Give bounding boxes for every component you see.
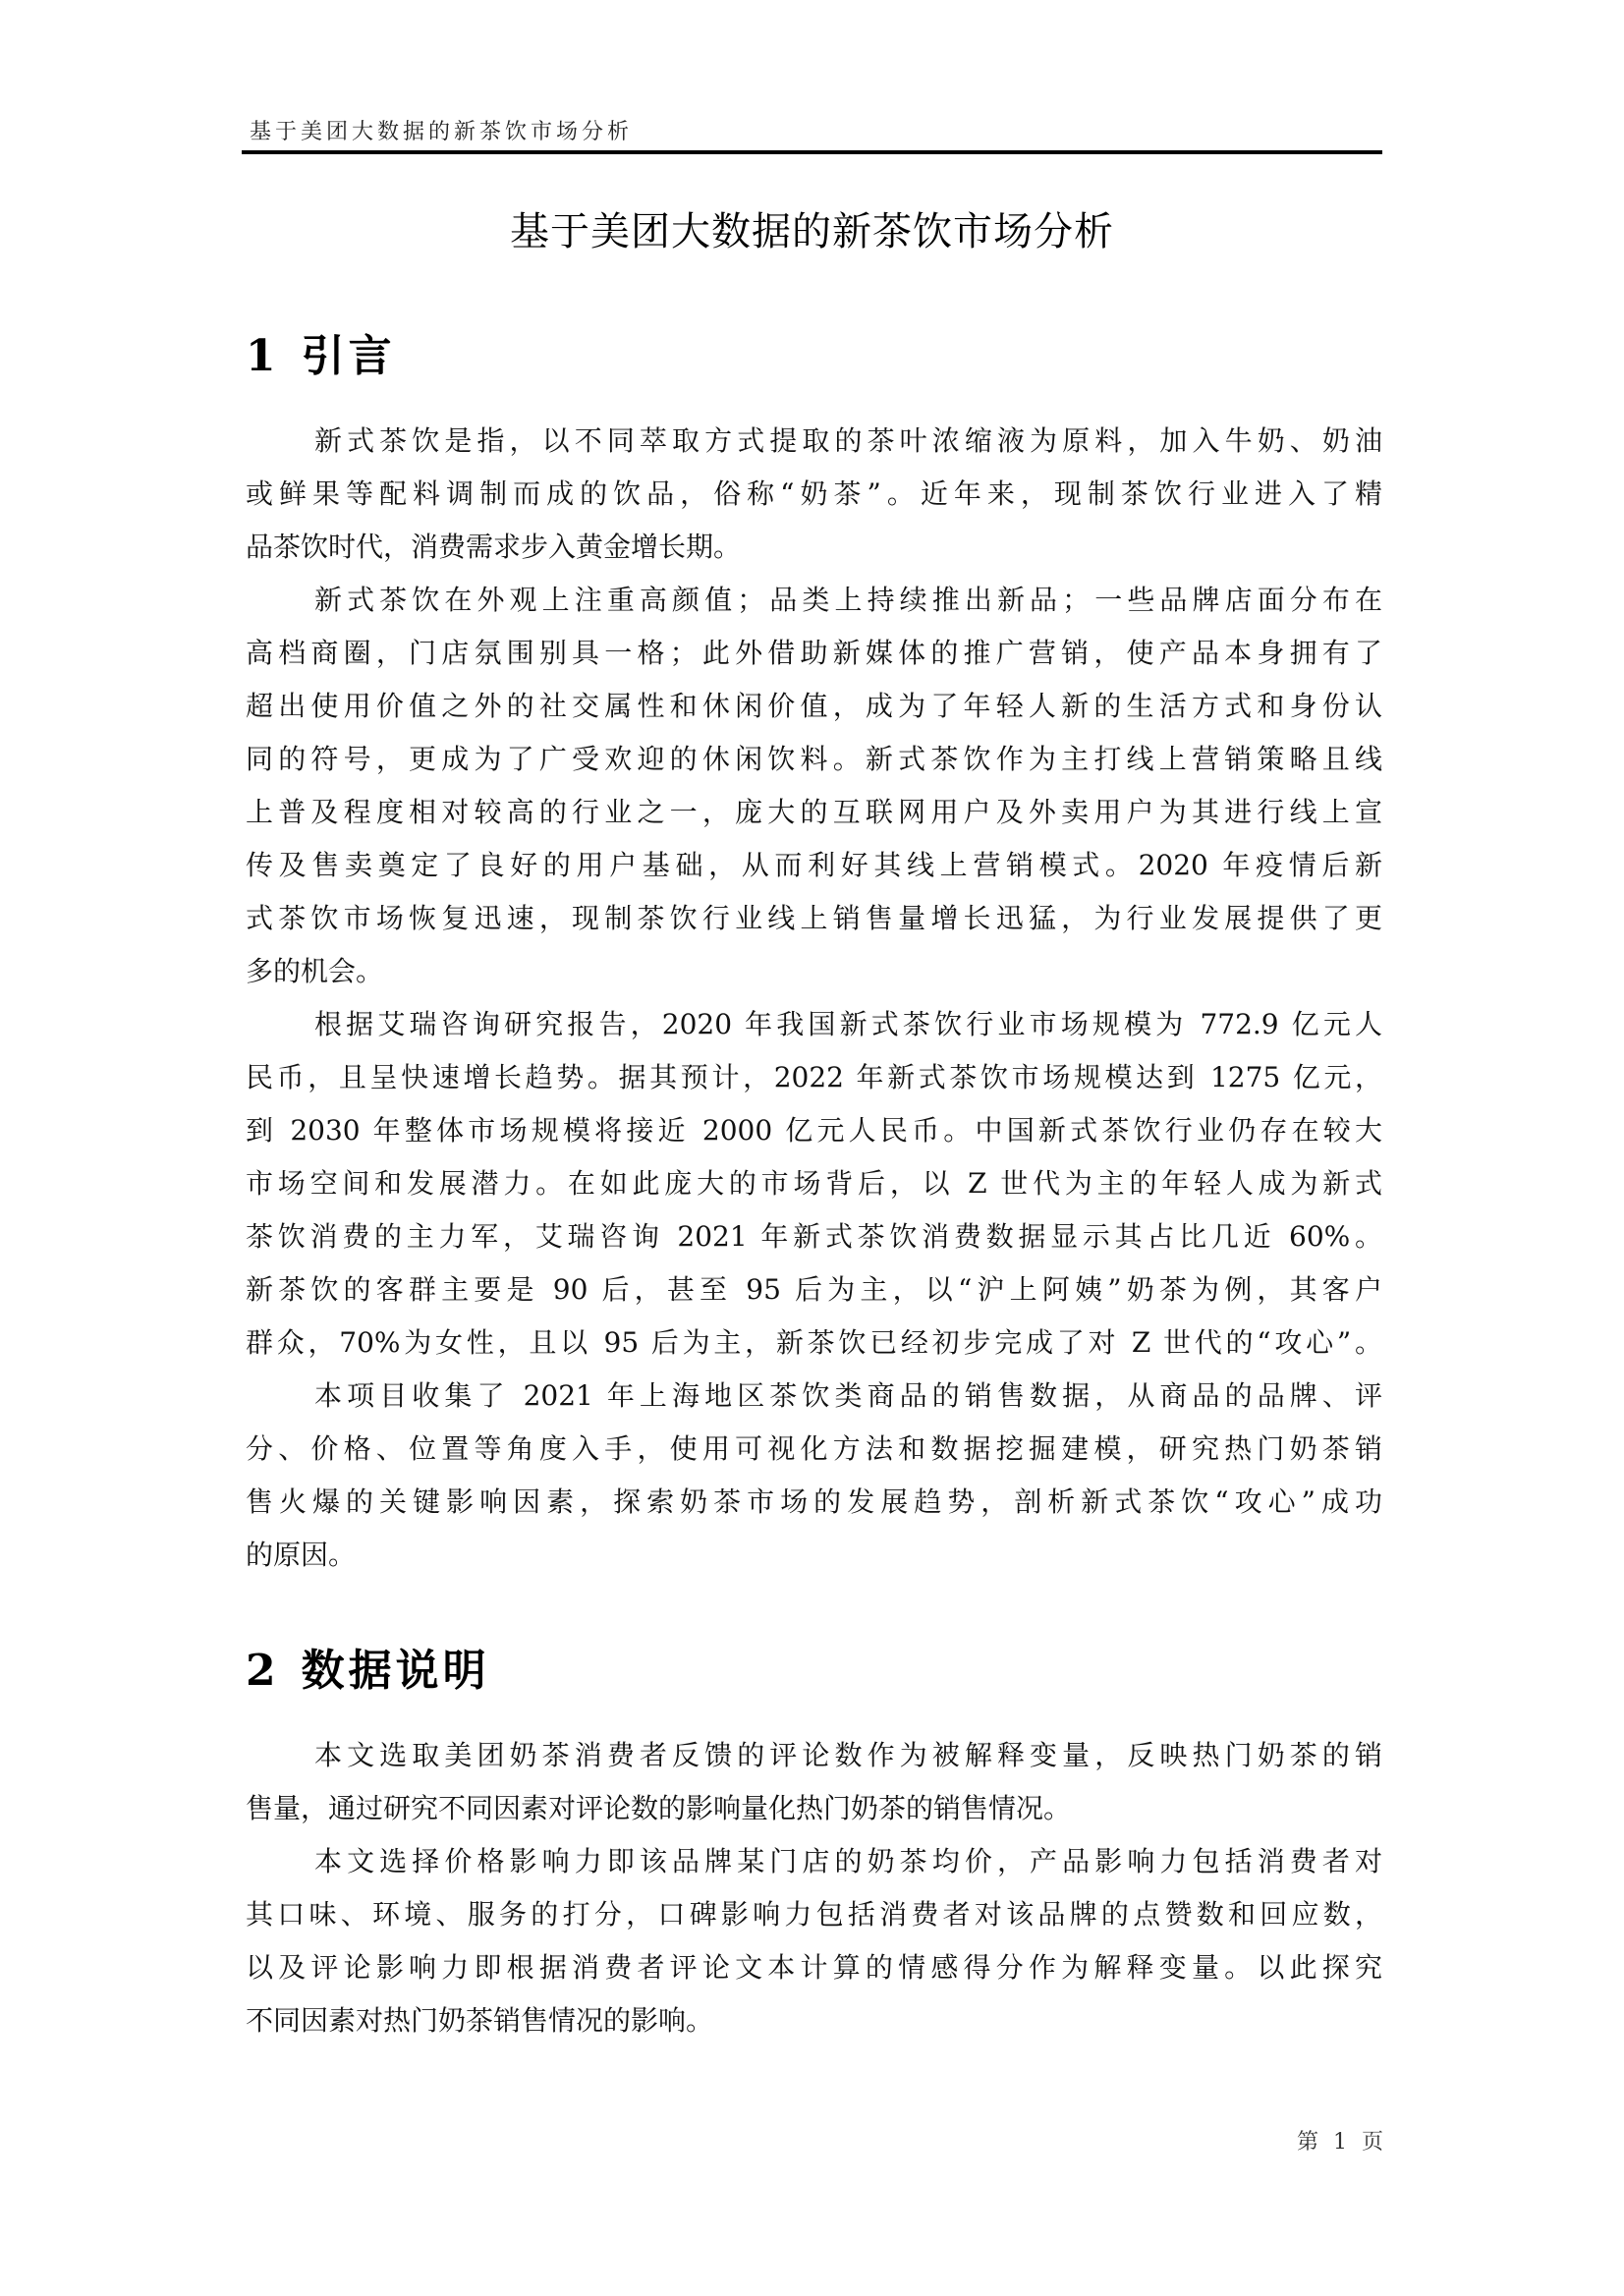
- text-line: 新式茶饮在外观上注重高颜值；品类上持续推出新品；一些品牌店面分布在: [246, 581, 1382, 634]
- text-line: 的原因。: [246, 1536, 1382, 1589]
- text-line: 市场空间和发展潜力。在如此庞大的市场背后，以 Z 世代为主的年轻人成为新式: [246, 1164, 1382, 1217]
- text-line: 民币，且呈快速增长趋势。据其预计，2022 年新式茶饮市场规模达到 1275 亿…: [246, 1058, 1382, 1111]
- text-line: 上普及程度相对较高的行业之一，庞大的互联网用户及外卖用户为其进行线上宣: [246, 793, 1382, 846]
- paragraph: 根据艾瑞咨询研究报告，2020 年我国新式茶饮行业市场规模为 772.9 亿元人…: [246, 1005, 1382, 1376]
- section-heading-data-description: 2数据说明: [246, 1635, 490, 1698]
- paragraph: 本项目收集了 2021 年上海地区茶饮类商品的销售数据，从商品的品牌、评 分、价…: [246, 1376, 1382, 1589]
- text-line: 群众，70%为女性，且以 95 后为主，新茶饮已经初步完成了对 Z 世代的“攻心…: [246, 1323, 1382, 1376]
- paragraph: 本文选取美团奶茶消费者反馈的评论数作为被解释变量，反映热门奶茶的销 售量，通过研…: [246, 1736, 1382, 1842]
- section-title: 引言: [302, 331, 396, 381]
- text-line: 超出使用价值之外的社交属性和休闲价值，成为了年轻人新的生活方式和身份认: [246, 687, 1382, 740]
- section-heading-introduction: 1引言: [246, 320, 396, 383]
- text-line: 以及评论影响力即根据消费者评论文本计算的情感得分作为解释变量。以此探究: [246, 1948, 1382, 2001]
- text-line: 同的符号，更成为了广受欢迎的休闲饮料。新式茶饮作为主打线上营销策略且线: [246, 740, 1382, 793]
- running-header-title: 基于美团大数据的新茶饮市场分析: [250, 115, 633, 145]
- section-number: 2: [246, 1646, 280, 1696]
- text-line: 或鲜果等配料调制而成的饮品，俗称“奶茶”。近年来，现制茶饮行业进入了精: [246, 475, 1382, 528]
- running-header: 基于美团大数据的新茶饮市场分析: [242, 111, 1382, 154]
- text-line: 新式茶饮是指，以不同萃取方式提取的茶叶浓缩液为原料，加入牛奶、奶油: [246, 421, 1382, 475]
- text-line: 分、价格、位置等角度入手，使用可视化方法和数据挖掘建模，研究热门奶茶销: [246, 1429, 1382, 1483]
- text-line: 品茶饮时代，消费需求步入黄金增长期。: [246, 528, 1382, 581]
- text-line: 式茶饮市场恢复迅速，现制茶饮行业线上销售量增长迅猛，为行业发展提供了更: [246, 899, 1382, 952]
- text-line: 售火爆的关键影响因素，探索奶茶市场的发展趋势，剖析新式茶饮“攻心”成功: [246, 1483, 1382, 1536]
- text-line: 本文选择价格影响力即该品牌某门店的奶茶均价，产品影响力包括消费者对: [246, 1842, 1382, 1895]
- section-number: 1: [246, 331, 280, 381]
- page-number: 第 1 页: [1297, 2125, 1383, 2156]
- text-line: 售量，通过研究不同因素对评论数的影响量化热门奶茶的销售情况。: [246, 1789, 1382, 1842]
- text-line: 本项目收集了 2021 年上海地区茶饮类商品的销售数据，从商品的品牌、评: [246, 1376, 1382, 1429]
- text-line: 高档商圈，门店氛围别具一格；此外借助新媒体的推广营销，使产品本身拥有了: [246, 634, 1382, 687]
- text-line: 根据艾瑞咨询研究报告，2020 年我国新式茶饮行业市场规模为 772.9 亿元人: [246, 1005, 1382, 1058]
- paragraph: 新式茶饮是指，以不同萃取方式提取的茶叶浓缩液为原料，加入牛奶、奶油 或鲜果等配料…: [246, 421, 1382, 581]
- text-line: 到 2030 年整体市场规模将接近 2000 亿元人民币。中国新式茶饮行业仍存在…: [246, 1111, 1382, 1164]
- text-line: 多的机会。: [246, 952, 1382, 1005]
- paragraph: 本文选择价格影响力即该品牌某门店的奶茶均价，产品影响力包括消费者对 其口味、环境…: [246, 1842, 1382, 2054]
- document-title: 基于美团大数据的新茶饮市场分析: [242, 200, 1382, 256]
- text-line: 传及售卖奠定了良好的用户基础，从而利好其线上营销模式。2020 年疫情后新: [246, 846, 1382, 899]
- text-line: 不同因素对热门奶茶销售情况的影响。: [246, 2001, 1382, 2054]
- section-title: 数据说明: [302, 1646, 490, 1696]
- paragraph: 新式茶饮在外观上注重高颜值；品类上持续推出新品；一些品牌店面分布在 高档商圈，门…: [246, 581, 1382, 1005]
- text-line: 新茶饮的客群主要是 90 后，甚至 95 后为主，以“沪上阿姨”奶茶为例，其客户: [246, 1270, 1382, 1323]
- text-line: 茶饮消费的主力军，艾瑞咨询 2021 年新式茶饮消费数据显示其占比几近 60%。: [246, 1217, 1382, 1270]
- text-line: 其口味、环境、服务的打分，口碑影响力包括消费者对该品牌的点赞数和回应数，: [246, 1895, 1382, 1948]
- text-line: 本文选取美团奶茶消费者反馈的评论数作为被解释变量，反映热门奶茶的销: [246, 1736, 1382, 1789]
